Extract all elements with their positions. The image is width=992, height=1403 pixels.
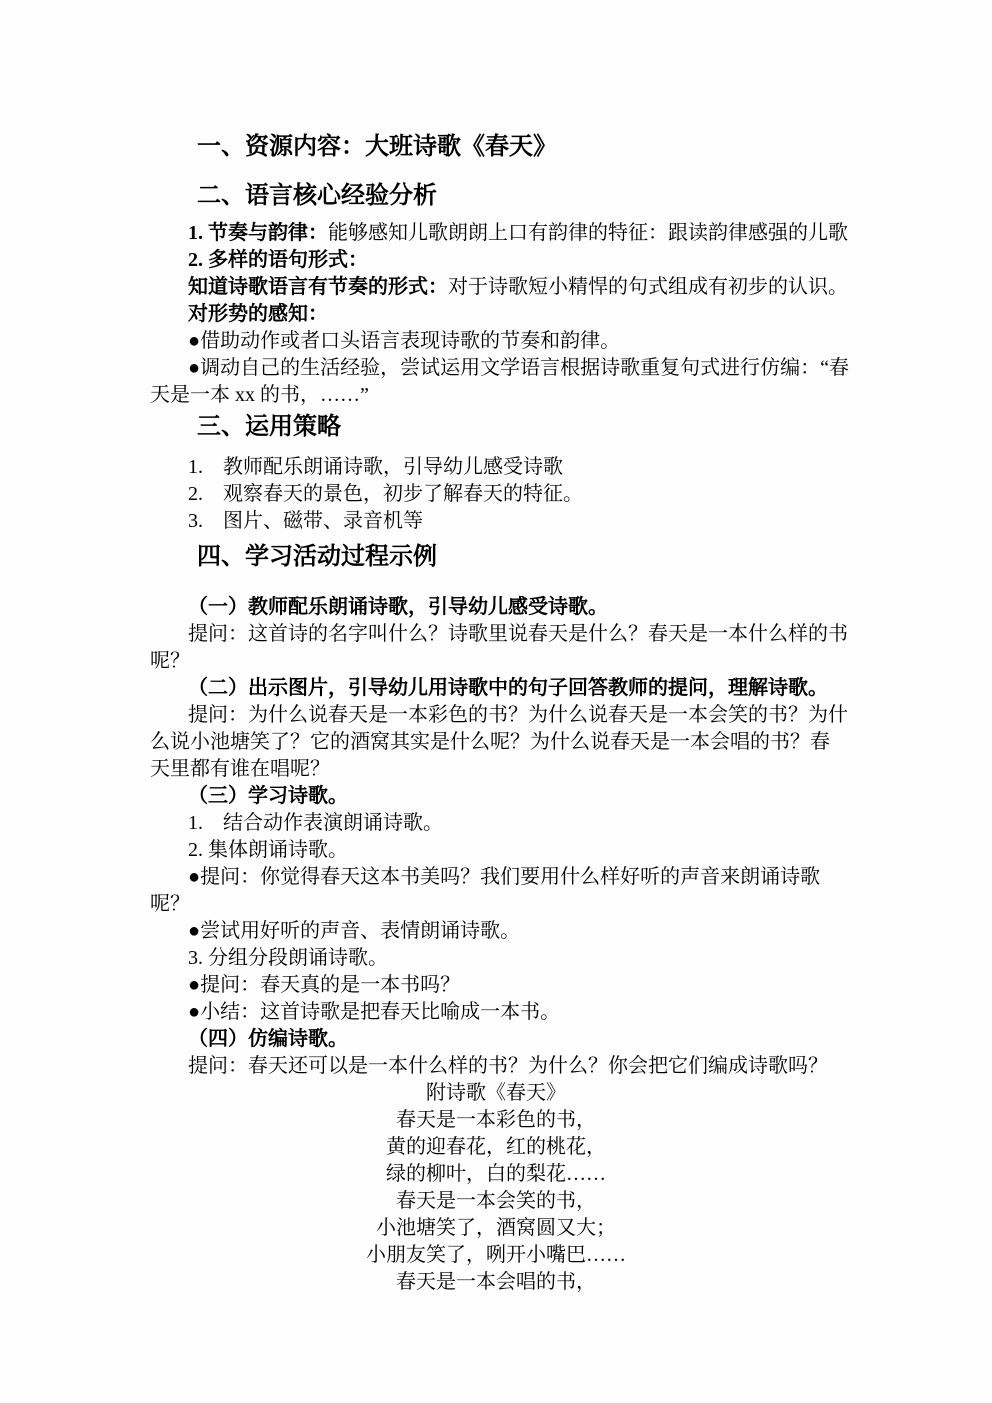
text-run: ●借助动作或者口头语言表现诗歌的节奏和韵律。 [188,330,620,352]
text-run: 提问：这首诗的名字叫什么？诗歌里说春天是什么？春天是一本什么样的书 [188,623,848,645]
text-run: ●尝试用好听的声音、表情朗诵诗歌。 [188,920,520,942]
document-page: 一、资源内容：大班诗歌《春天》二、语言核心经验分析1. 节奏与韵律：能够感知儿歌… [0,0,992,1403]
text-run: 天里都有谁在唱呢？ [150,758,330,780]
text-line: 3. 图片、磁带、录音机等 [0,508,992,535]
text-line: 对形势的感知： [0,301,992,328]
text-line: 1. 节奏与韵律：能够感知儿歌朗朗上口有韵律的特征：跟读韵律感强的儿歌 [0,220,992,247]
text-run: 提问：春天还可以是一本什么样的书？为什么？你会把它们编成诗歌吗？ [188,1055,828,1077]
text-line: 小朋友笑了，咧开小嘴巴…… [0,1242,992,1269]
text-line: 1. 结合动作表演朗诵诗歌。 [0,810,992,837]
text-line: 1. 教师配乐朗诵诗歌，引导幼儿感受诗歌 [0,454,992,481]
text-run: ●提问：春天真的是一本书吗？ [188,974,460,996]
text-line: （一）教师配乐朗诵诗歌，引导幼儿感受诗歌。 [0,594,992,621]
text-block: （一）教师配乐朗诵诗歌，引导幼儿感受诗歌。提问：这首诗的名字叫什么？诗歌里说春天… [0,594,992,1296]
section-heading: 一、资源内容：大班诗歌《春天》 [0,131,992,164]
text-run: 对形势的感知： [188,303,328,325]
text-run: 知道诗歌语言有节奏的形式： [188,276,448,298]
text-line: ●提问：春天真的是一本书吗？ [0,972,992,999]
text-line: 提问：这首诗的名字叫什么？诗歌里说春天是什么？春天是一本什么样的书 [0,621,992,648]
text-run: 么说小池塘笑了？它的酒窝其实是什么呢？为什么说春天是一本会唱的书？春 [150,731,830,753]
text-line: 提问：春天还可以是一本什么样的书？为什么？你会把它们编成诗歌吗？ [0,1053,992,1080]
text-run: 1. 节奏与韵律： [188,222,328,244]
text-line: 2. 集体朗诵诗歌。 [0,837,992,864]
text-line: 春天是一本会唱的书， [0,1269,992,1296]
text-block: 1. 节奏与韵律：能够感知儿歌朗朗上口有韵律的特征：跟读韵律感强的儿歌2. 多样… [0,220,992,409]
text-run: 春天是一本会唱的书， [396,1271,596,1293]
text-line: 3. 分组分段朗诵诗歌。 [0,945,992,972]
text-line: 黄的迎春花，红的桃花， [0,1134,992,1161]
text-line: 天是一本 xx 的书，……” [0,382,992,409]
text-run: 1. 教师配乐朗诵诗歌，引导幼儿感受诗歌 [188,456,563,478]
text-run: （三）学习诗歌。 [188,785,348,807]
text-run: 2. 集体朗诵诗歌。 [188,839,348,861]
text-run: 3. 图片、磁带、录音机等 [188,510,423,532]
text-line: （二）出示图片，引导幼儿用诗歌中的句子回答教师的提问，理解诗歌。 [0,675,992,702]
text-line: 绿的柳叶，白的梨花…… [0,1161,992,1188]
text-block: 1. 教师配乐朗诵诗歌，引导幼儿感受诗歌2. 观察春天的景色，初步了解春天的特征… [0,454,992,535]
text-run: 四、学习活动过程示例 [197,544,437,570]
text-line: 春天是一本会笑的书， [0,1188,992,1215]
text-run: 二、语言核心经验分析 [197,183,437,209]
text-line: ●小结：这首诗歌是把春天比喻成一本书。 [0,999,992,1026]
text-run: ●调动自己的生活经验，尝试运用文学语言根据诗歌重复句式进行仿编：“春 [188,357,849,379]
text-run: 小朋友笑了，咧开小嘴巴…… [366,1244,626,1266]
section-heading: 三、运用策略 [0,411,992,444]
text-line: 2. 多样的语句形式： [0,247,992,274]
text-line: 春天是一本彩色的书， [0,1107,992,1134]
text-line: ●尝试用好听的声音、表情朗诵诗歌。 [0,918,992,945]
text-run: 1. 结合动作表演朗诵诗歌。 [188,812,443,834]
text-run: ●提问：你觉得春天这本书美吗？我们要用什么样好听的声音来朗诵诗歌 [188,866,820,888]
text-line: 么说小池塘笑了？它的酒窝其实是什么呢？为什么说春天是一本会唱的书？春 [0,729,992,756]
text-run: 对于诗歌短小精悍的句式组成有初步的认识。 [448,276,848,298]
text-line: 2. 观察春天的景色，初步了解春天的特征。 [0,481,992,508]
text-run: 附诗歌《春天》 [426,1082,566,1104]
text-run: 黄的迎春花，红的桃花， [386,1136,606,1158]
text-line: 小池塘笑了，酒窝圆又大； [0,1215,992,1242]
section-heading: 二、语言核心经验分析 [0,180,992,213]
text-line: ●调动自己的生活经验，尝试运用文学语言根据诗歌重复句式进行仿编：“春 [0,355,992,382]
text-run: 呢？ [150,650,190,672]
text-line: 呢？ [0,648,992,675]
text-line: （四）仿编诗歌。 [0,1026,992,1053]
text-run: 小池塘笑了，酒窝圆又大； [376,1217,616,1239]
text-run: （四）仿编诗歌。 [188,1028,348,1050]
text-line: 附诗歌《春天》 [0,1080,992,1107]
text-line: ●提问：你觉得春天这本书美吗？我们要用什么样好听的声音来朗诵诗歌 [0,864,992,891]
text-run: 春天是一本会笑的书， [396,1190,596,1212]
text-run: 三、运用策略 [197,414,341,440]
text-line: ●借助动作或者口头语言表现诗歌的节奏和韵律。 [0,328,992,355]
section-heading: 四、学习活动过程示例 [0,541,992,574]
text-line: 提问：为什么说春天是一本彩色的书？为什么说春天是一本会笑的书？为什 [0,702,992,729]
text-run: 呢？ [150,893,190,915]
text-run: 能够感知儿歌朗朗上口有韵律的特征：跟读韵律感强的儿歌 [328,222,848,244]
text-run: 提问：为什么说春天是一本彩色的书？为什么说春天是一本会笑的书？为什 [188,704,848,726]
text-run: 绿的柳叶，白的梨花…… [386,1163,606,1185]
text-run: 春天是一本彩色的书， [396,1109,596,1131]
text-run: 3. 分组分段朗诵诗歌。 [188,947,388,969]
text-line: 呢？ [0,891,992,918]
text-run: 2. 多样的语句形式： [188,249,368,271]
text-run: ●小结：这首诗歌是把春天比喻成一本书。 [188,1001,560,1023]
text-run: 2. 观察春天的景色，初步了解春天的特征。 [188,483,583,505]
text-line: 知道诗歌语言有节奏的形式：对于诗歌短小精悍的句式组成有初步的认识。 [0,274,992,301]
text-run: （二）出示图片，引导幼儿用诗歌中的句子回答教师的提问，理解诗歌。 [188,677,828,699]
text-run: 一、资源内容：大班诗歌《春天》 [197,134,557,160]
text-line: （三）学习诗歌。 [0,783,992,810]
text-run: （一）教师配乐朗诵诗歌，引导幼儿感受诗歌。 [188,596,608,618]
text-line: 天里都有谁在唱呢？ [0,756,992,783]
text-run: 天是一本 xx 的书，……” [150,384,369,406]
